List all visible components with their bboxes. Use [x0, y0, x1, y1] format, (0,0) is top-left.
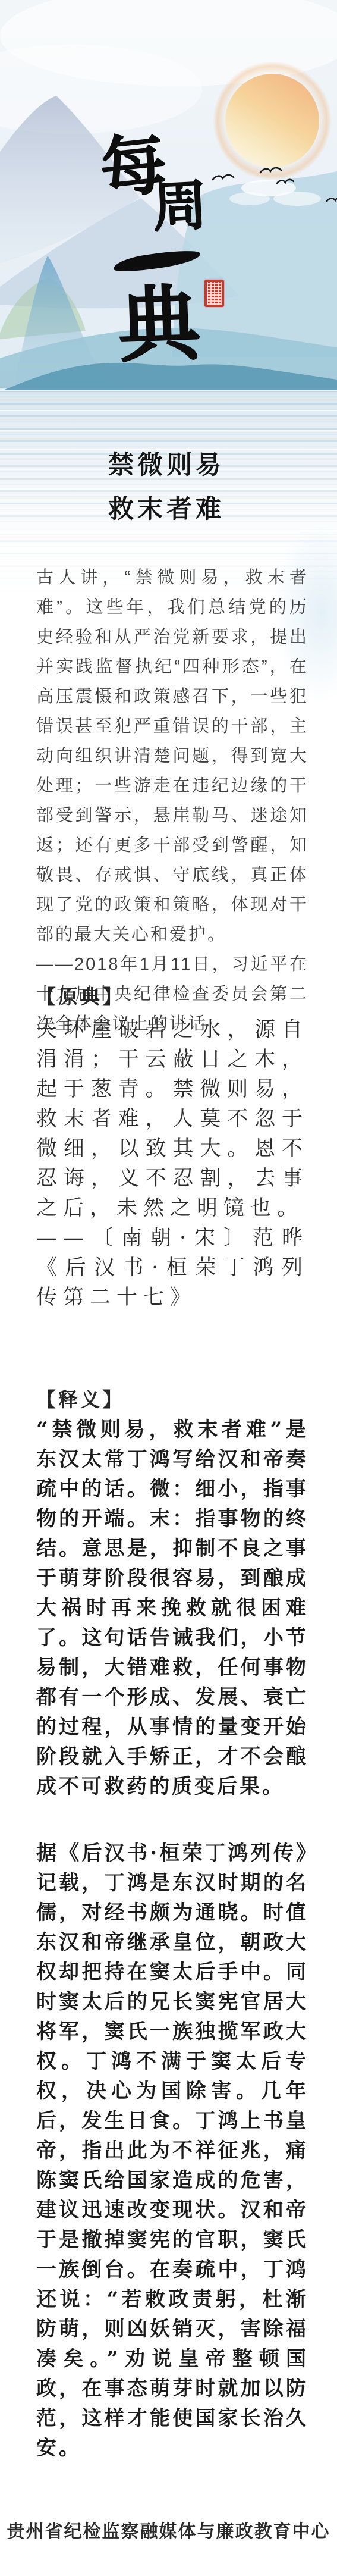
calligraphy-char-dian: 典	[116, 282, 201, 367]
weekly-classic-poster: 每 周 一 典 禁微则易 救末者难 古人讲，“禁微则易，救末者难”。这些年，我们…	[0, 0, 337, 2576]
origin-section-header: 【原典】	[36, 982, 124, 1010]
sun-graphic	[225, 74, 319, 168]
origin-classical-text: 夫坏崖破岩之水，源自涓涓；干云蔽日之木，起于葱青。禁微则易，救末者难，人莫不忽于…	[36, 1015, 308, 1223]
calligraphy-char-zhou: 周	[151, 177, 209, 235]
interpretation-text-1: “禁微则易，救末者难”是东汉太常丁鸿写给汉和帝奏疏中的话。微：细小，指事物的开端…	[36, 1415, 308, 1801]
origin-attribution: ——〔南朝·宋〕范晔《后汉书·桓荣丁鸿列传第二十七》	[36, 1223, 308, 1312]
interpretation-paragraph-1: “禁微则易，救末者难”是东汉太常丁鸿写给汉和帝奏疏中的话。微：细小，指事物的开端…	[36, 1415, 308, 1801]
quote-paragraph: 古人讲，“禁微则易，救末者难”。这些年，我们总结党的历史经验和从严治党新要求，提…	[36, 563, 308, 949]
seal-script-marks	[207, 282, 222, 305]
origin-section: 夫坏崖破岩之水，源自涓涓；干云蔽日之木，起于葱青。禁微则易，救末者难，人莫不忽于…	[36, 1015, 308, 1312]
interpretation-section-header: 【释义】	[36, 1384, 124, 1412]
interpretation-paragraph-2: 据《后汉书·桓荣丁鸿列传》记载，丁鸿是东汉时期的名儒，对经书颇为通晓。时值东汉和…	[36, 1838, 308, 2463]
mist-shape	[273, 192, 321, 206]
interpretation-text-2: 据《后汉书·桓荣丁鸿列传》记载，丁鸿是东汉时期的名儒，对经书颇为通晓。时值东汉和…	[36, 1838, 308, 2463]
footer-credit: 贵州省纪检监察融媒体与廉政教育中心	[0, 2517, 337, 2543]
quote-section: 古人讲，“禁微则易，救末者难”。这些年，我们总结党的历史经验和从严治党新要求，提…	[36, 563, 308, 1039]
mist-shape	[229, 192, 270, 205]
main-title-line-1: 禁微则易	[0, 445, 333, 481]
main-title-line-2: 救末者难	[0, 489, 333, 525]
red-seal-stamp	[204, 280, 224, 307]
